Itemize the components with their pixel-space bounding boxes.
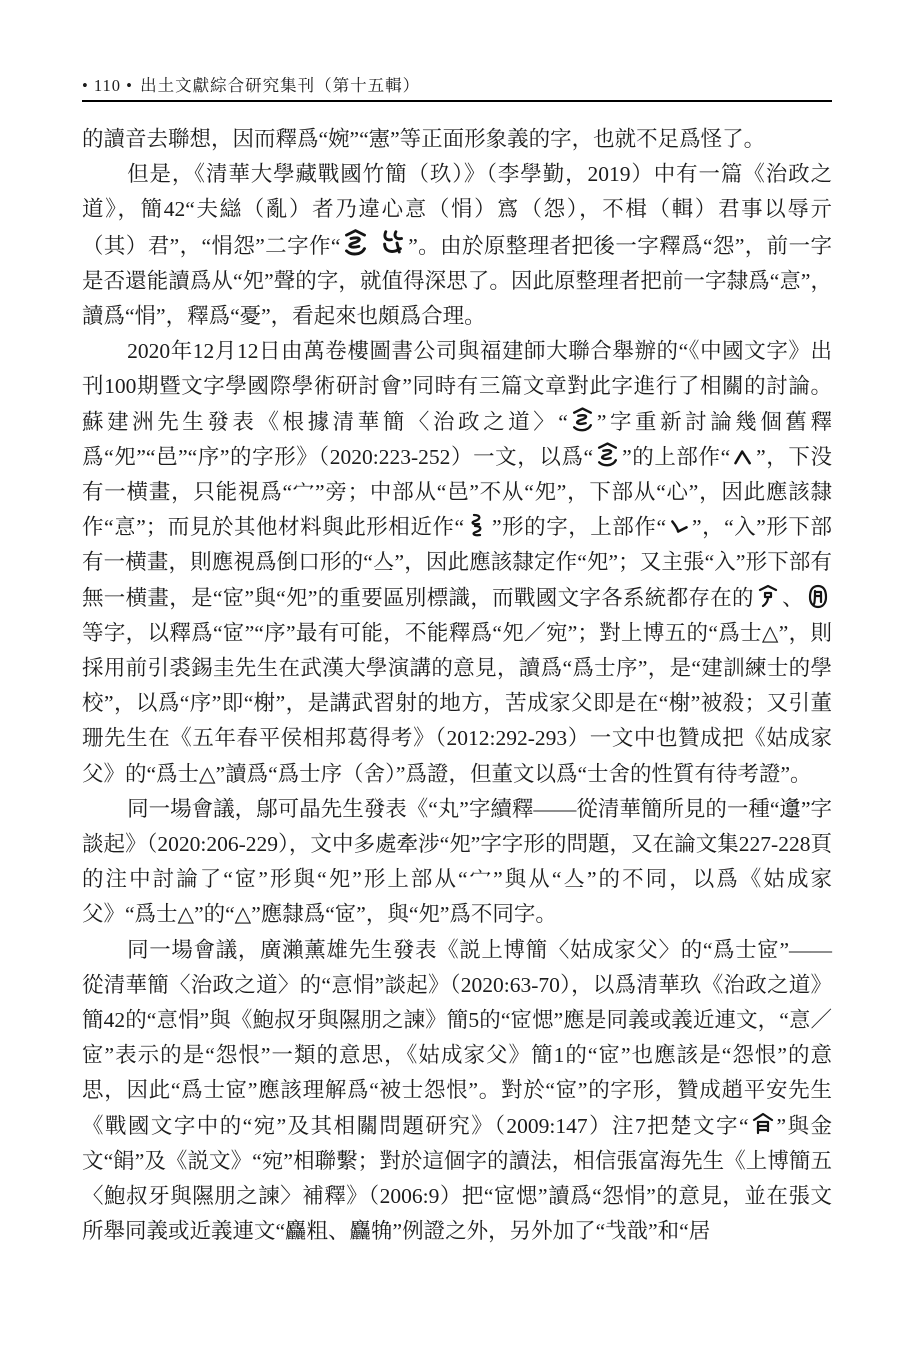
ancient-script-g3-icon [570,406,595,434]
ancient-script-g6-icon [466,511,490,539]
journal-page: { "header": { "page_marker": "• 110 •", … [0,0,909,1364]
ancient-script-g1-icon [342,228,369,258]
ancient-script-g8-icon [756,582,780,610]
ancient-script-g10-icon [751,1110,775,1138]
ancient-script-g2-icon [379,228,406,258]
page-body: 的讀音去聯想，因而釋爲“婉”“憲”等正面形象義的字，也就不足爲怪了。但是，《清華… [82,122,832,1250]
paragraph: 同一場會議，廣瀨薰雄先生發表《説上博簡〈姑成家父〉的“爲士宧”——從清華簡〈治政… [82,933,832,1250]
paragraph: 同一場會議，鄔可晶先生發表《“丸”字續釋——從清華簡所見的一種“邍”字談起》（2… [82,792,832,933]
journal-title: 出土文獻綜合研究集刊（第十五輯） [140,76,420,95]
paragraph: 2020年12月12日由萬卷樓圖書公司與福建師大聯合舉辦的“《中國文字》出刊10… [82,334,832,792]
body-text: 、 [782,586,804,610]
ancient-script-g9-icon [806,582,830,610]
ancient-script-g4-icon [595,441,620,469]
body-text [371,234,377,258]
body-text: 等字，以釋爲“宧”“序”最有可能，不能釋爲“夗／宛”；對上博五的“爲士△”，則採… [82,621,832,786]
paragraph: 的讀音去聯想，因而釋爲“婉”“憲”等正面形象義的字，也就不足爲怪了。 [82,122,832,157]
body-text: 同一場會議，廣瀨薰雄先生發表《説上博簡〈姑成家父〉的“爲士宧”——從清華簡〈治政… [82,938,832,1138]
paragraph: 但是，《清華大學藏戰國竹簡（玖）》（李學勤，2019）中有一篇《治政之道》，簡4… [82,157,832,334]
body-text: 的讀音去聯想，因而釋爲“婉”“憲”等正面形象義的字，也就不足爲怪了。 [82,127,765,151]
ancient-script-g7-icon [668,519,690,539]
body-text: 同一場會議，鄔可晶先生發表《“丸”字續釋——從清華簡所見的一種“邍”字談起》（2… [82,797,832,927]
body-text: ”形的字，上部作“ [492,515,666,539]
page-header: • 110 • 出土文獻綜合研究集刊（第十五輯） [82,72,832,96]
page-number: • 110 • [82,76,133,95]
header-rule [82,100,832,102]
ancient-script-g5-icon [732,449,754,469]
body-text: ”的上部作“ [622,445,730,469]
